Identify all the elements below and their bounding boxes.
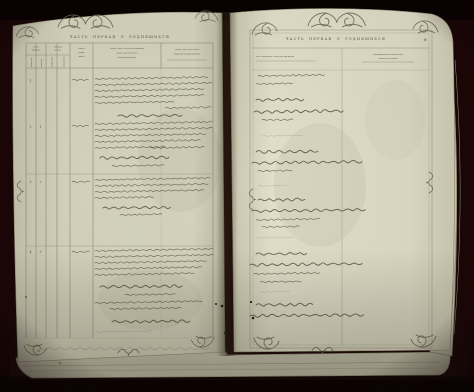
photo-of-open-registry-book: ЧАСТЬ ПЕРВАЯ О РОДИВШИХСЯ Счетъ родивш. …	[0, 0, 474, 392]
photo-vignette	[0, 0, 474, 392]
book-illustration: ЧАСТЬ ПЕРВАЯ О РОДИВШИХСЯ Счетъ родивш. …	[0, 0, 474, 392]
